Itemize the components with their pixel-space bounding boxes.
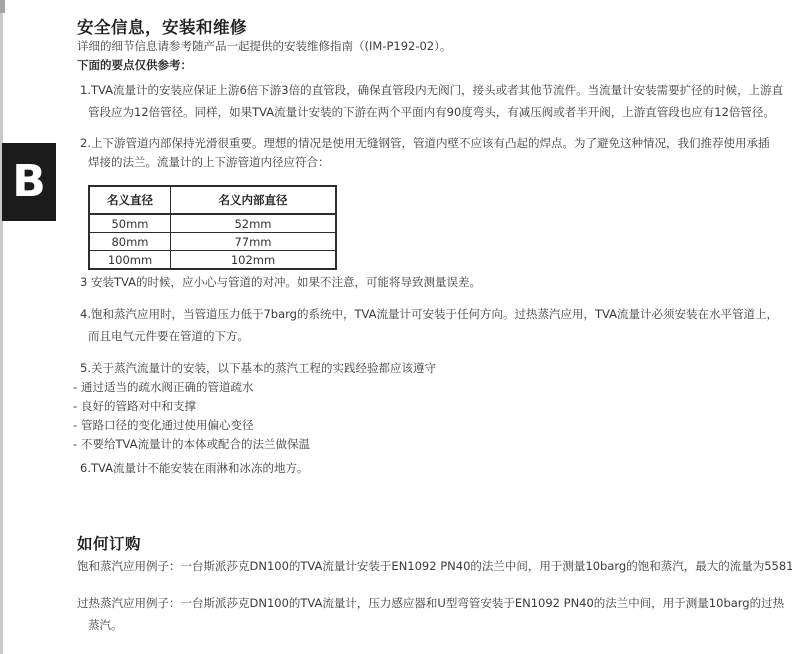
header-nominal-diameter: 名义直径 [89, 186, 171, 214]
scan-corner-mark [0, 0, 5, 13]
saturated-example-text: 饱和蒸汽应用例子：一台斯派莎克DN100的TVA流量计安装于EN1092 PN4… [77, 560, 792, 573]
cell-internal-diameter: 77mm [171, 233, 337, 251]
bullet-dash-icon: - [73, 381, 81, 394]
diameter-table: 名义直径 名义内部直径 50mm 52mm 80mm 77mm 100mm 10… [88, 185, 337, 270]
bullet-text: 不要给TVA流量计的本体或配合的法兰做保温 [81, 437, 310, 451]
intro-text: 详细的细节信息请参考随产品一起提供的安装维修指南（(IM-P192-02）。 [77, 40, 451, 53]
bullet-dash-icon: - [73, 438, 81, 451]
point4-line2: 而且电气元件要在管道的下方。 [88, 330, 249, 343]
bullet-item: -通过适当的疏水阀正确的管道疏水 [73, 381, 254, 394]
point4-line1: 4.饱和蒸汽应用时，当管道压力低于7barg的系统中，TVA流量计可安装于任何方… [80, 308, 778, 321]
table-row: 50mm 52mm [89, 214, 336, 233]
point6-text: 6.TVA流量计不能安装在雨淋和冰冻的地方。 [80, 462, 309, 475]
note-heading: 下面的要点仅供参考： [77, 59, 192, 72]
bullet-dash-icon: - [73, 400, 81, 413]
document-page: B 安全信息，安装和维修 详细的细节信息请参考随产品一起提供的安装维修指南（(I… [0, 0, 792, 654]
table-row: 100mm 102mm [89, 251, 336, 270]
bullet-text: 良好的管路对中和支撑 [81, 399, 196, 413]
superheated-example-line1: 过热蒸汽应用例子：一台斯派莎克DN100的TVA流量计，压力感应器和U型弯管安装… [77, 597, 784, 610]
section-tab-letter: B [12, 160, 46, 204]
bullet-dash-icon: - [73, 419, 81, 432]
point1-line1: 1.TVA流量计的安装应保证上游6倍下游3倍的直管段，确保直管段内无阀门，接头或… [80, 84, 783, 97]
header-nominal-internal-diameter: 名义内部直径 [171, 186, 337, 214]
point2-line1: 2.上下游管道内部保持光滑很重要。理想的情况是使用无缝钢管，管道内壁不应该有凸起… [80, 137, 769, 150]
page-title: 安全信息，安装和维修 [77, 19, 247, 38]
section-tab-b: B [2, 143, 56, 221]
diameter-table-header-row: 名义直径 名义内部直径 [89, 186, 336, 214]
point2-line2: 焊接的法兰。流量计的上下游管道内径应符合： [88, 156, 330, 169]
bullet-text: 管路口径的变化通过使用偏心变径 [81, 418, 254, 432]
superheated-example-line2: 蒸汽。 [88, 619, 123, 632]
bullet-item: -不要给TVA流量计的本体或配合的法兰做保温 [73, 438, 310, 451]
cell-internal-diameter: 102mm [171, 251, 337, 270]
table-row: 80mm 77mm [89, 233, 336, 251]
cell-nominal-diameter: 50mm [89, 214, 171, 233]
cell-nominal-diameter: 80mm [89, 233, 171, 251]
point1-line2: 管段应为12倍管径。同样，如果TVA流量计安装的下游在两个平面内有90度弯头，有… [88, 106, 775, 119]
point5-text: 5.关于蒸汽流量计的安装，以下基本的蒸汽工程的实践经验都应该遵守 [80, 362, 436, 375]
bullet-text: 通过适当的疏水阀正确的管道疏水 [81, 380, 254, 394]
bullet-item: -良好的管路对中和支撑 [73, 400, 196, 413]
scan-left-edge [0, 0, 3, 654]
cell-nominal-diameter: 100mm [89, 251, 171, 270]
ordering-heading: 如何订购 [77, 536, 141, 554]
bullet-item: -管路口径的变化通过使用偏心变径 [73, 419, 254, 432]
cell-internal-diameter: 52mm [171, 214, 337, 233]
point3-text: 3 安装TVA的时候，应小心与管道的对冲。如果不注意，可能将导致测量误差。 [80, 276, 481, 289]
